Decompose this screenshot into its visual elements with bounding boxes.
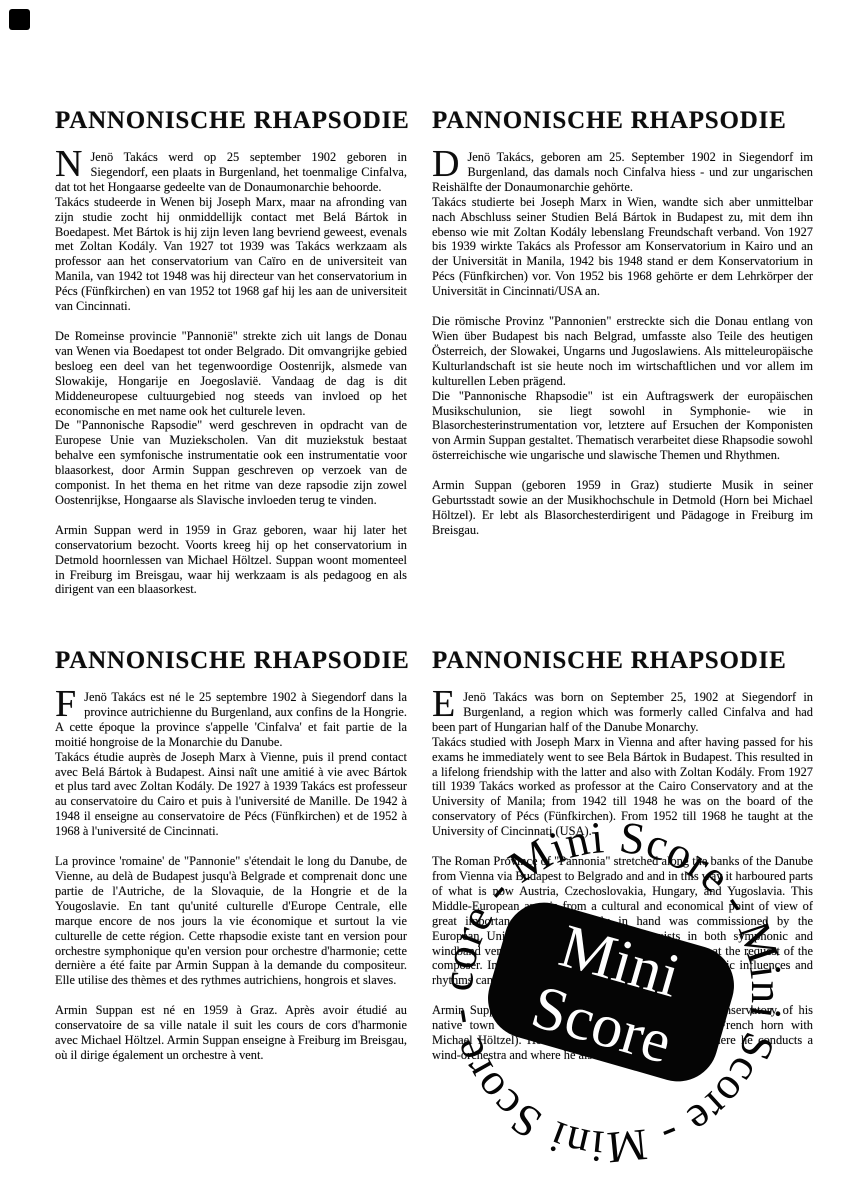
paragraph: La province 'romaine' de "Pannonie" s'ét… <box>55 854 407 988</box>
score-preface-page: PANNONISCHE RHAPSODIE N Jenö Takács werd… <box>0 0 848 1200</box>
paragraph: Takács studeerde in Wenen bij Joseph Mar… <box>55 195 407 314</box>
language-dropcap-n: N <box>55 150 90 179</box>
paragraph: Armin Suppan est né en 1959 à Graz. Aprè… <box>55 1003 407 1063</box>
paragraph-block: La province 'romaine' de "Pannonie" s'ét… <box>55 854 407 988</box>
paragraph: Armin Suppan (geboren 1959 in Graz) stud… <box>432 478 813 538</box>
paragraph-block: E Jenö Takács was born on September 25, … <box>432 690 813 839</box>
column-french: PANNONISCHE RHAPSODIE F Jenö Takács est … <box>55 646 407 1063</box>
paragraph-block: Armin Suppan est né en 1959 à Graz. Aprè… <box>55 1003 407 1063</box>
paragraph-block: The Roman Province of "Pannonia" stretch… <box>432 854 813 988</box>
language-dropcap-d: D <box>432 150 467 179</box>
page-title: PANNONISCHE RHAPSODIE <box>432 106 813 136</box>
paragraph-block: Armin Suppan werd in 1959 in Graz gebore… <box>55 523 407 598</box>
paragraph: De "Pannonische Rapsodie" werd geschreve… <box>55 418 407 507</box>
language-dropcap-e: E <box>432 690 463 719</box>
paragraph-block: D Jenö Takács, geboren am 25. September … <box>432 150 813 299</box>
page-title: PANNONISCHE RHAPSODIE <box>55 106 407 136</box>
paragraph-block: F Jenö Takács est né le 25 septembre 190… <box>55 690 407 839</box>
paragraph: Armin Suppan, born in 1959 at Graz, stud… <box>432 1003 813 1063</box>
paragraph: Die "Pannonische Rhapsodie" ist ein Auft… <box>432 389 813 464</box>
paragraph: Jenö Takács was born on September 25, 19… <box>432 690 813 735</box>
paragraph-block: De Romeinse provincie "Pannonië" strekte… <box>55 329 407 508</box>
page-title: PANNONISCHE RHAPSODIE <box>55 646 407 676</box>
column-dutch: PANNONISCHE RHAPSODIE N Jenö Takács werd… <box>55 106 407 597</box>
paragraph-block: N Jenö Takács werd op 25 september 1902 … <box>55 150 407 314</box>
paragraph: Armin Suppan werd in 1959 in Graz gebore… <box>55 523 407 598</box>
paragraph: Takács studied with Joseph Marx in Vienn… <box>432 735 813 839</box>
paragraph: Takács studierte bei Joseph Marx in Wien… <box>432 195 813 299</box>
paragraph: Jenö Takács werd op 25 september 1902 ge… <box>55 150 407 195</box>
paragraph: Die römische Provinz "Pannonien" erstrec… <box>432 314 813 389</box>
language-dropcap-f: F <box>55 690 84 719</box>
corner-registration-mark <box>9 9 30 30</box>
paragraph: Takács étudie auprès de Joseph Marx à Vi… <box>55 750 407 839</box>
paragraph-block: Die römische Provinz "Pannonien" erstrec… <box>432 314 813 463</box>
paragraph: Jenö Takács est né le 25 septembre 1902 … <box>55 690 407 750</box>
column-german: PANNONISCHE RHAPSODIE D Jenö Takács, geb… <box>432 106 813 538</box>
paragraph-block: Armin Suppan (geboren 1959 in Graz) stud… <box>432 478 813 538</box>
paragraph: De Romeinse provincie "Pannonië" strekte… <box>55 329 407 418</box>
column-english: PANNONISCHE RHAPSODIE E Jenö Takács was … <box>432 646 813 1063</box>
paragraph: Jenö Takács, geboren am 25. September 19… <box>432 150 813 195</box>
paragraph: The Roman Province of "Pannonia" stretch… <box>432 854 813 988</box>
page-title: PANNONISCHE RHAPSODIE <box>432 646 813 676</box>
paragraph-block: Armin Suppan, born in 1959 at Graz, stud… <box>432 1003 813 1063</box>
